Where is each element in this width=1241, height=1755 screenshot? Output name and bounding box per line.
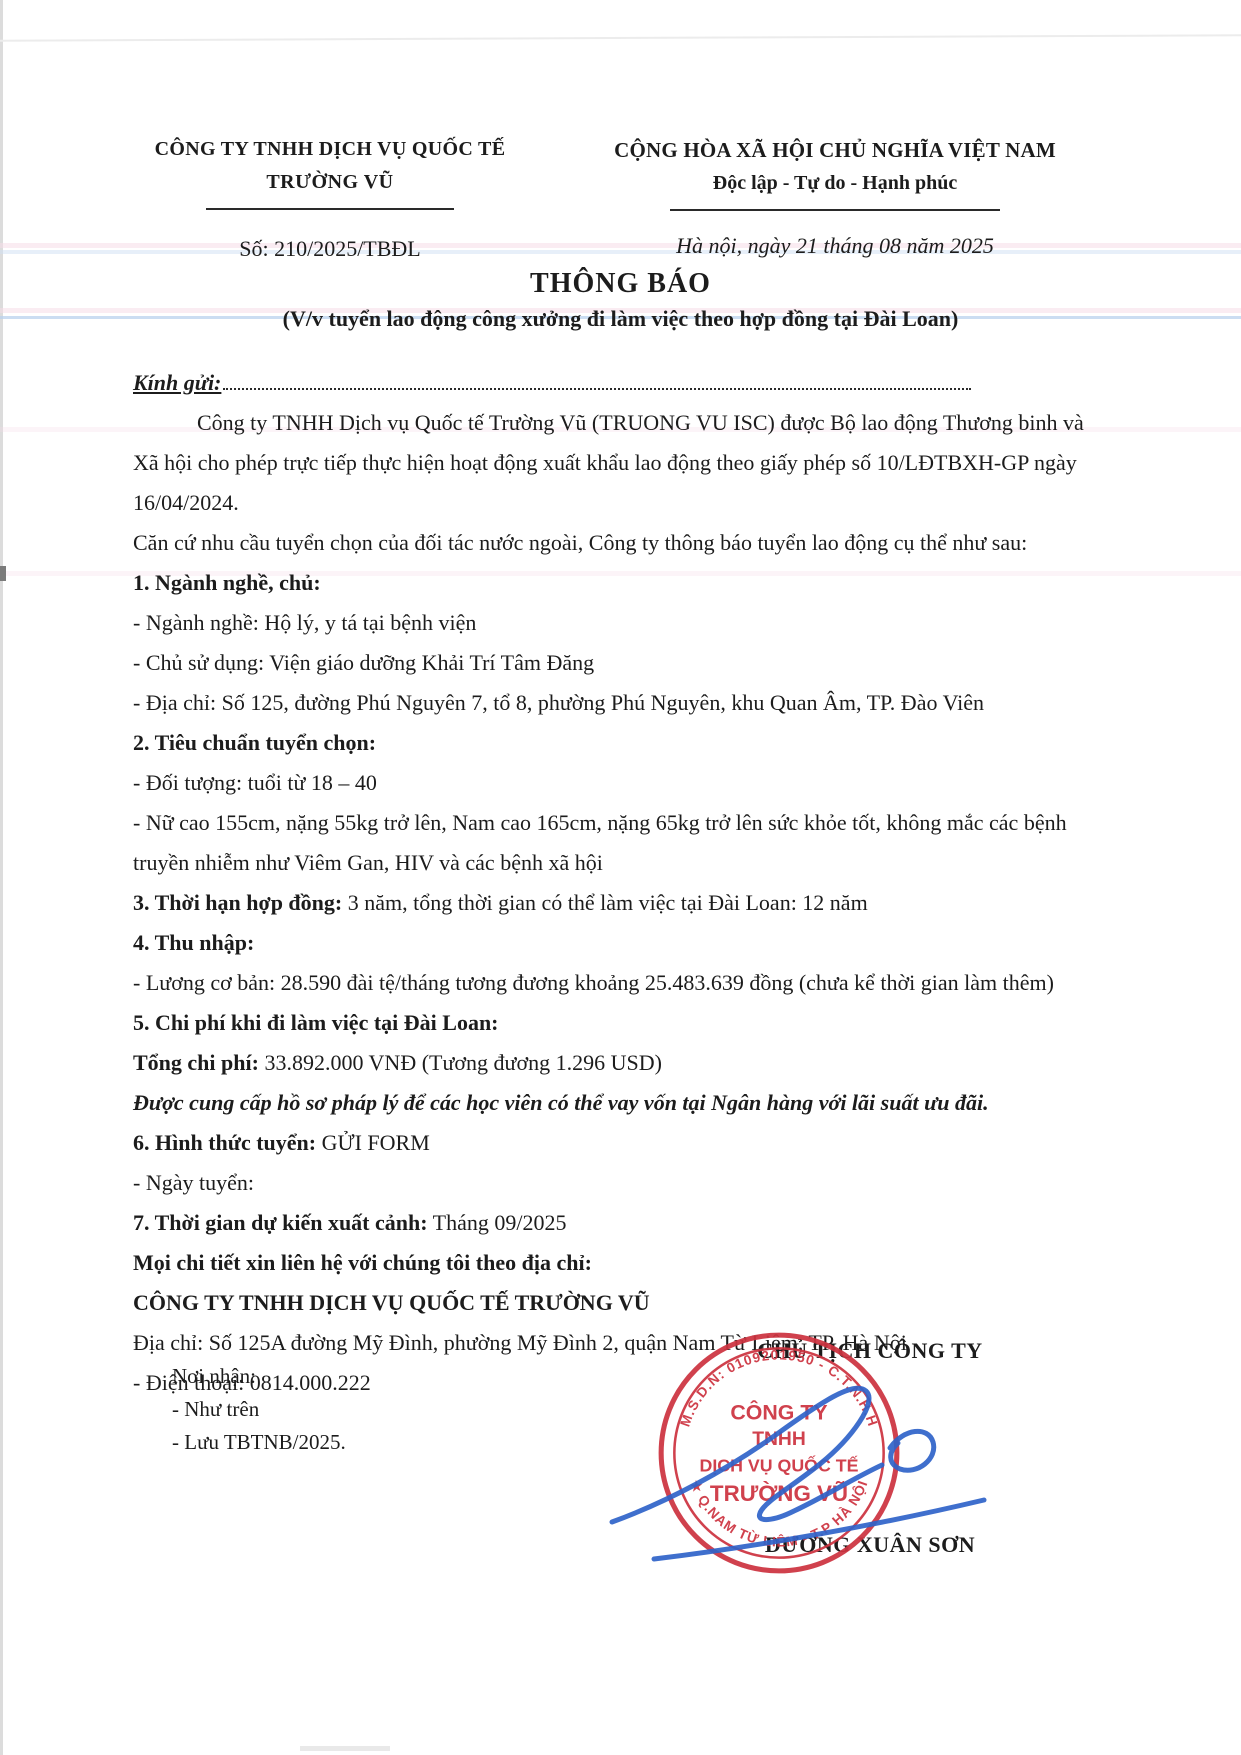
salutation-row: Kính gửi:: [133, 358, 971, 403]
body-paragraph: Được cung cấp hồ sơ pháp lý để các học v…: [133, 1083, 1108, 1123]
text-segment: 3 năm, tổng thời gian có thể làm việc tạ…: [342, 890, 867, 915]
text-segment: - Chủ sử dụng: Viện giáo dưỡng Khải Trí …: [133, 650, 594, 675]
document-number: Số: 210/2025/TBĐL: [145, 236, 515, 262]
company-name-line1: CÔNG TY TNHH DỊCH VỤ QUỐC TẾ: [145, 138, 515, 161]
scan-artifact: [300, 1746, 390, 1751]
text-segment: CÔNG TY TNHH DỊCH VỤ QUỐC TẾ TRƯỜNG VŨ: [133, 1290, 650, 1315]
salutation-label: Kính gửi:: [133, 363, 221, 403]
national-motto-line2: Độc lập - Tự do - Hạnh phúc: [555, 172, 1115, 195]
text-segment: 5. Chi phí khi đi làm việc tại Đài Loan:: [133, 1010, 499, 1035]
body-paragraph: - Lương cơ bản: 28.590 đài tệ/tháng tươn…: [133, 963, 1108, 1003]
body-paragraph: 4. Thu nhập:: [133, 923, 1108, 963]
body-paragraph: 2. Tiêu chuẩn tuyển chọn:: [133, 723, 1108, 763]
text-segment: Tổng chi phí:: [133, 1050, 259, 1075]
date-line: Hà nội, ngày 21 tháng 08 năm 2025: [555, 233, 1115, 259]
body-paragraph: - Nữ cao 155cm, nặng 55kg trở lên, Nam c…: [133, 803, 1108, 883]
body-paragraph: - Chủ sử dụng: Viện giáo dưỡng Khải Trí …: [133, 643, 1108, 683]
text-segment: - Địa chỉ: Số 125, đường Phú Nguyên 7, t…: [133, 690, 984, 715]
header-company-block: CÔNG TY TNHH DỊCH VỤ QUỐC TẾ TRƯỜNG VŨ S…: [145, 138, 515, 262]
header-left-rule: [206, 208, 454, 210]
text-segment: Công ty TNHH Dịch vụ Quốc tế Trường Vũ (…: [133, 410, 1084, 515]
text-segment: 4. Thu nhập:: [133, 930, 254, 955]
body-paragraph: 5. Chi phí khi đi làm việc tại Đài Loan:: [133, 1003, 1108, 1043]
body-paragraph: - Địa chỉ: Số 125, đường Phú Nguyên 7, t…: [133, 683, 1108, 723]
scanned-document-page: CÔNG TY TNHH DỊCH VỤ QUỐC TẾ TRƯỜNG VŨ S…: [0, 0, 1241, 1755]
body-paragraph: Tổng chi phí: 33.892.000 VNĐ (Tương đươn…: [133, 1043, 1108, 1083]
text-segment: Được cung cấp hồ sơ pháp lý để các học v…: [133, 1090, 989, 1115]
document-body: Kính gửi: Công ty TNHH Dịch vụ Quốc tế T…: [133, 358, 1108, 1403]
text-segment: 7. Thời gian dự kiến xuất cảnh:: [133, 1210, 428, 1235]
text-segment: GỬI FORM: [316, 1130, 430, 1155]
company-name-line2: TRƯỜNG VŨ: [145, 171, 515, 194]
text-segment: - Nữ cao 155cm, nặng 55kg trở lên, Nam c…: [133, 810, 1067, 875]
scan-edge-strip: [0, 0, 3, 1755]
body-paragraph: Căn cứ nhu cầu tuyển chọn của đối tác nư…: [133, 523, 1108, 563]
recipient-item: - Lưu TBTNB/2025.: [172, 1426, 346, 1459]
header-right-rule: [670, 209, 1000, 211]
scan-artifact: [0, 566, 6, 581]
dotted-leader-line: [223, 358, 971, 390]
text-segment: - Ngày tuyển:: [133, 1170, 254, 1195]
text-segment: Căn cứ nhu cầu tuyển chọn của đối tác nư…: [133, 530, 1027, 555]
text-segment: 33.892.000 VNĐ (Tương đương 1.296 USD): [259, 1050, 662, 1075]
recipient-item: - Như trên: [172, 1393, 346, 1426]
national-motto-line1: CỘNG HÒA XÃ HỘI CHỦ NGHĨA VIỆT NAM: [555, 138, 1115, 163]
body-paragraph: - Đối tượng: tuổi từ 18 – 40: [133, 763, 1108, 803]
text-segment: 1. Ngành nghề, chủ:: [133, 570, 321, 595]
text-segment: 3. Thời hạn hợp đồng:: [133, 890, 342, 915]
body-paragraph: 3. Thời hạn hợp đồng: 3 năm, tổng thời g…: [133, 883, 1108, 923]
text-segment: Tháng 09/2025: [428, 1210, 567, 1235]
body-paragraph: - Ngày tuyển:: [133, 1163, 1108, 1203]
body-paragraph: - Ngành nghề: Hộ lý, y tá tại bệnh viện: [133, 603, 1108, 643]
scan-artifact: [0, 34, 1241, 41]
body-paragraph: CÔNG TY TNHH DỊCH VỤ QUỐC TẾ TRƯỜNG VŨ: [133, 1283, 1108, 1323]
text-segment: 6. Hình thức tuyển:: [133, 1130, 316, 1155]
handwritten-signature: [592, 1352, 1032, 1582]
recipients-block: Nơi nhận: - Như trên- Lưu TBTNB/2025.: [172, 1360, 346, 1459]
document-subtitle: (V/v tuyển lao động công xưởng đi làm vi…: [0, 306, 1241, 332]
body-paragraph: 6. Hình thức tuyển: GỬI FORM: [133, 1123, 1108, 1163]
body-paragraph: Mọi chi tiết xin liên hệ với chúng tôi t…: [133, 1243, 1108, 1283]
text-segment: 2. Tiêu chuẩn tuyển chọn:: [133, 730, 376, 755]
body-paragraph: 7. Thời gian dự kiến xuất cảnh: Tháng 09…: [133, 1203, 1108, 1243]
body-paragraph: Công ty TNHH Dịch vụ Quốc tế Trường Vũ (…: [133, 403, 1108, 523]
text-segment: - Ngành nghề: Hộ lý, y tá tại bệnh viện: [133, 610, 476, 635]
recipients-title: Nơi nhận:: [172, 1360, 346, 1393]
body-paragraph: 1. Ngành nghề, chủ:: [133, 563, 1108, 603]
document-title: THÔNG BÁO: [0, 268, 1241, 300]
text-segment: Mọi chi tiết xin liên hệ với chúng tôi t…: [133, 1250, 592, 1275]
text-segment: - Lương cơ bản: 28.590 đài tệ/tháng tươn…: [133, 970, 1054, 995]
text-segment: - Đối tượng: tuổi từ 18 – 40: [133, 770, 377, 795]
header-national-block: CỘNG HÒA XÃ HỘI CHỦ NGHĨA VIỆT NAM Độc l…: [555, 138, 1115, 259]
